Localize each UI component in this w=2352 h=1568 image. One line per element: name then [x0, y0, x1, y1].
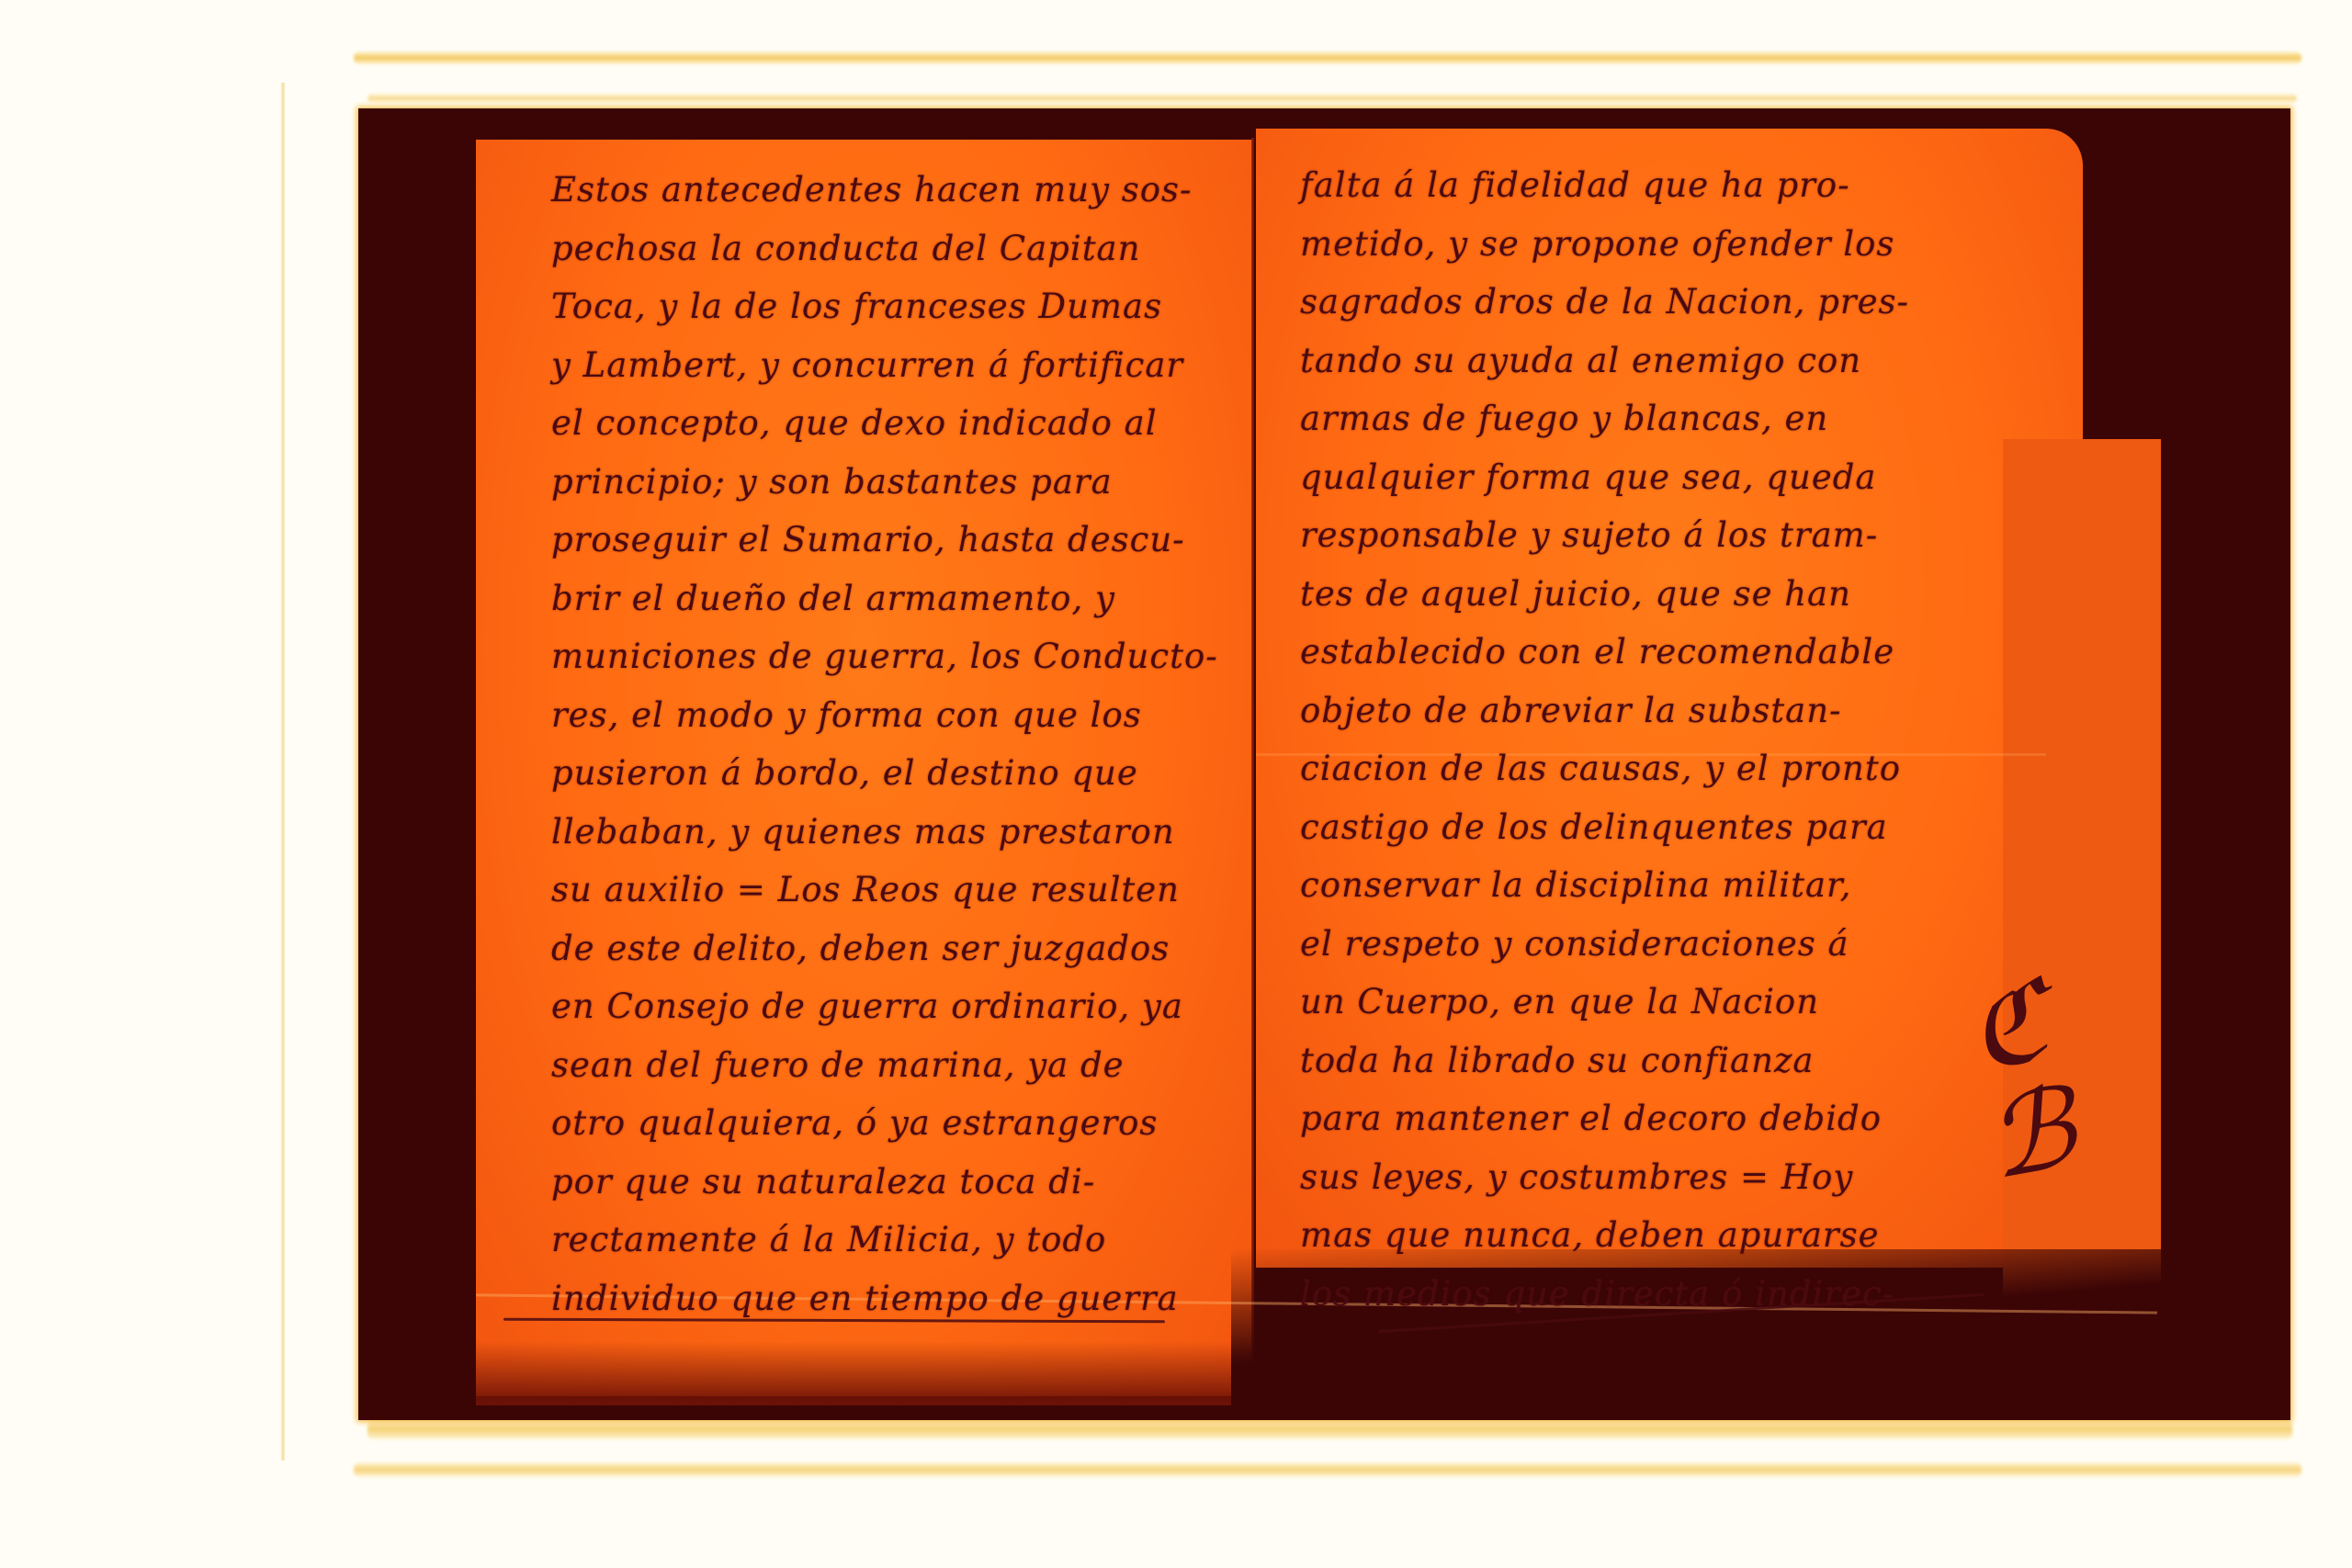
manuscript-line: mas que nunca, deben apurarse: [1300, 1206, 1909, 1265]
film-guide-line: [354, 51, 2301, 64]
manuscript-line: proseguir el Sumario, hasta descu-: [551, 511, 1218, 570]
manuscript-line: rectamente á la Milicia, y todo: [551, 1211, 1218, 1269]
page-fold: [1251, 138, 1254, 1396]
manuscript-line: y Lambert, y concurren á fortificar: [551, 336, 1218, 395]
manuscript-line: ciacion de las causas, y el pronto: [1300, 739, 1909, 798]
slide-mount-edge: [280, 83, 286, 1461]
manuscript-line: sean del fuero de marina, ya de: [551, 1036, 1218, 1095]
manuscript-line: llebaban, y quienes mas prestaron: [551, 803, 1218, 862]
manuscript-line: sus leyes, y costumbres = Hoy: [1300, 1148, 1909, 1207]
manuscript-line: los medios que directa ó indirec-: [1300, 1265, 1909, 1324]
manuscript-line: de este delito, deben ser juzgados: [551, 919, 1218, 978]
document-photo: Estos antecedentes hacen muy sos-pechosa…: [0, 0, 2352, 1568]
manuscript-line: otro qualquiera, ó ya estrangeros: [551, 1094, 1218, 1153]
manuscript-line: armas de fuego y blancas, en: [1300, 389, 1909, 448]
film-guide-line: [367, 94, 2297, 103]
manuscript-line: objeto de abreviar la substan-: [1300, 682, 1909, 740]
manuscript-line: sagrados dros de la Nacion, pres-: [1300, 273, 1909, 332]
manuscript-line: por que su naturaleza toca di-: [551, 1153, 1218, 1212]
manuscript-line: metido, y se propone ofender los: [1300, 215, 1909, 274]
manuscript-line: un Cuerpo, en que la Nacion: [1300, 973, 1909, 1032]
manuscript-line: Estos antecedentes hacen muy sos-: [551, 161, 1218, 220]
manuscript-line: el concepto, que dexo indicado al: [551, 394, 1218, 453]
manuscript-line: castigo de los delinquentes para: [1300, 798, 1909, 857]
manuscript-line: pusieron á bordo, el destino que: [551, 744, 1218, 803]
right-page-text: falta á la fidelidad que ha pro-metido, …: [1300, 156, 1909, 1323]
manuscript-line: Toca, y la de los franceses Dumas: [551, 277, 1218, 336]
left-page-text: Estos antecedentes hacen muy sos-pechosa…: [551, 161, 1218, 1327]
manuscript-line: res, el modo y forma con que los: [551, 686, 1218, 745]
manuscript-line: responsable y sujeto á los tram-: [1300, 506, 1909, 565]
manuscript-line: tes de aquel juicio, que se han: [1300, 565, 1909, 624]
manuscript-line: toda ha librado su confianza: [1300, 1032, 1909, 1090]
manuscript-line: municiones de guerra, los Conducto-: [551, 627, 1218, 686]
manuscript-line: tando su ayuda al enemigo con: [1300, 332, 1909, 390]
manuscript-line: principio; y son bastantes para: [551, 453, 1218, 512]
manuscript-line: en Consejo de guerra ordinario, ya: [551, 977, 1218, 1036]
manuscript-line: establecido con el recomendable: [1300, 623, 1909, 682]
manuscript-line: qualquier forma que sea, queda: [1300, 448, 1909, 507]
film-guide-line: [367, 1419, 2292, 1439]
manuscript-line: el respeto y consideraciones á: [1300, 915, 1909, 974]
manuscript-line: conservar la disciplina militar,: [1300, 856, 1909, 915]
manuscript-line: brir el dueño del armamento, y: [551, 570, 1218, 628]
manuscript-line: para mantener el decoro debido: [1300, 1089, 1909, 1148]
manuscript-line: pechosa la conducta del Capitan: [551, 220, 1218, 278]
manuscript-line: falta á la fidelidad que ha pro-: [1300, 156, 1909, 215]
manuscript-line: su auxilio = Los Reos que resulten: [551, 861, 1218, 919]
film-guide-line: [354, 1462, 2301, 1477]
page-shadow: [476, 1341, 1252, 1405]
